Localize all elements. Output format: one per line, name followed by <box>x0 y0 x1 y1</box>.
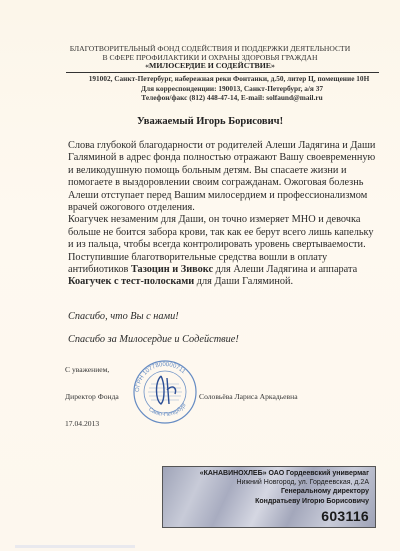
signature-title: Директор Фонда <box>65 392 119 401</box>
paragraph-3-text: для Алеши Ладягина и аппарата <box>213 264 357 275</box>
signature-regards: С уважением, <box>65 365 109 374</box>
recipient-address: Нижний Новгород, ул. Гордеевская, д.2А <box>236 479 369 487</box>
paragraph-3-text: для Даши Галяминой. <box>194 276 293 287</box>
letter-body: Слова глубокой благодарности от родителе… <box>68 140 380 289</box>
salutation: Уважаемый Игорь Борисович! <box>100 116 320 127</box>
letterhead-contacts: 191002, Санкт-Петербург, набережная реки… <box>60 74 390 103</box>
paragraph-3: Поступившие благотворительные средства в… <box>68 252 380 289</box>
org-line-1: БЛАГОТВОРИТЕЛЬНЫЙ ФОНД СОДЕЙСТВИЯ И ПОДД… <box>40 44 380 53</box>
org-correspondence: Для корреспонденции: 190013, Санкт-Петер… <box>74 84 390 94</box>
paragraph-3-bold-device: Коагучек с тест-полосками <box>68 276 194 287</box>
recipient-name: Кондратьеву Игорю Борисовичу <box>255 498 369 506</box>
org-phone-email: Телефон/факс (812) 448-47-14, E-mail: so… <box>74 93 390 103</box>
postal-code: 603116 <box>321 508 369 524</box>
scanned-letter-page: БЛАГОТВОРИТЕЛЬНЫЙ ФОНД СОДЕЙСТВИЯ И ПОДД… <box>0 0 400 551</box>
official-stamp-icon: ОГРН 1077800000711 Санкт-Петербург <box>131 356 199 426</box>
paragraph-1: Слова глубокой благодарности от родителе… <box>68 140 380 214</box>
svg-text:Санкт-Петербург: Санкт-Петербург <box>147 402 188 418</box>
recipient-company: «КАНАВИНОХЛЕБ» ОАО Гордеевский универмаг <box>200 470 369 478</box>
thanks-line-2: Спасибо за Милосердие и Содействие! <box>68 334 239 345</box>
envelope-address-label: «КАНАВИНОХЛЕБ» ОАО Гордеевский универмаг… <box>162 466 376 528</box>
org-name: «МИЛОСЕРДИЕ И СОДЕЙСТВИЕ» <box>60 61 360 70</box>
scan-artifact <box>15 545 135 548</box>
recipient-position: Генеральному директору <box>281 488 369 496</box>
letter-date: 17.04.2013 <box>65 419 99 428</box>
paragraph-3-bold-drugs: Тазоцин и Зивокс <box>131 264 213 275</box>
org-address: 191002, Санкт-Петербург, набережная реки… <box>68 74 390 84</box>
letterhead-org-line: БЛАГОТВОРИТЕЛЬНЫЙ ФОНД СОДЕЙСТВИЯ И ПОДД… <box>40 44 380 62</box>
paragraph-2: Коагучек незаменим для Даши, он точно из… <box>68 214 380 251</box>
signature-name: Соловьёва Лариса Аркадьевна <box>199 392 298 401</box>
thanks-line-1: Спасибо, что Вы с нами! <box>68 311 179 322</box>
